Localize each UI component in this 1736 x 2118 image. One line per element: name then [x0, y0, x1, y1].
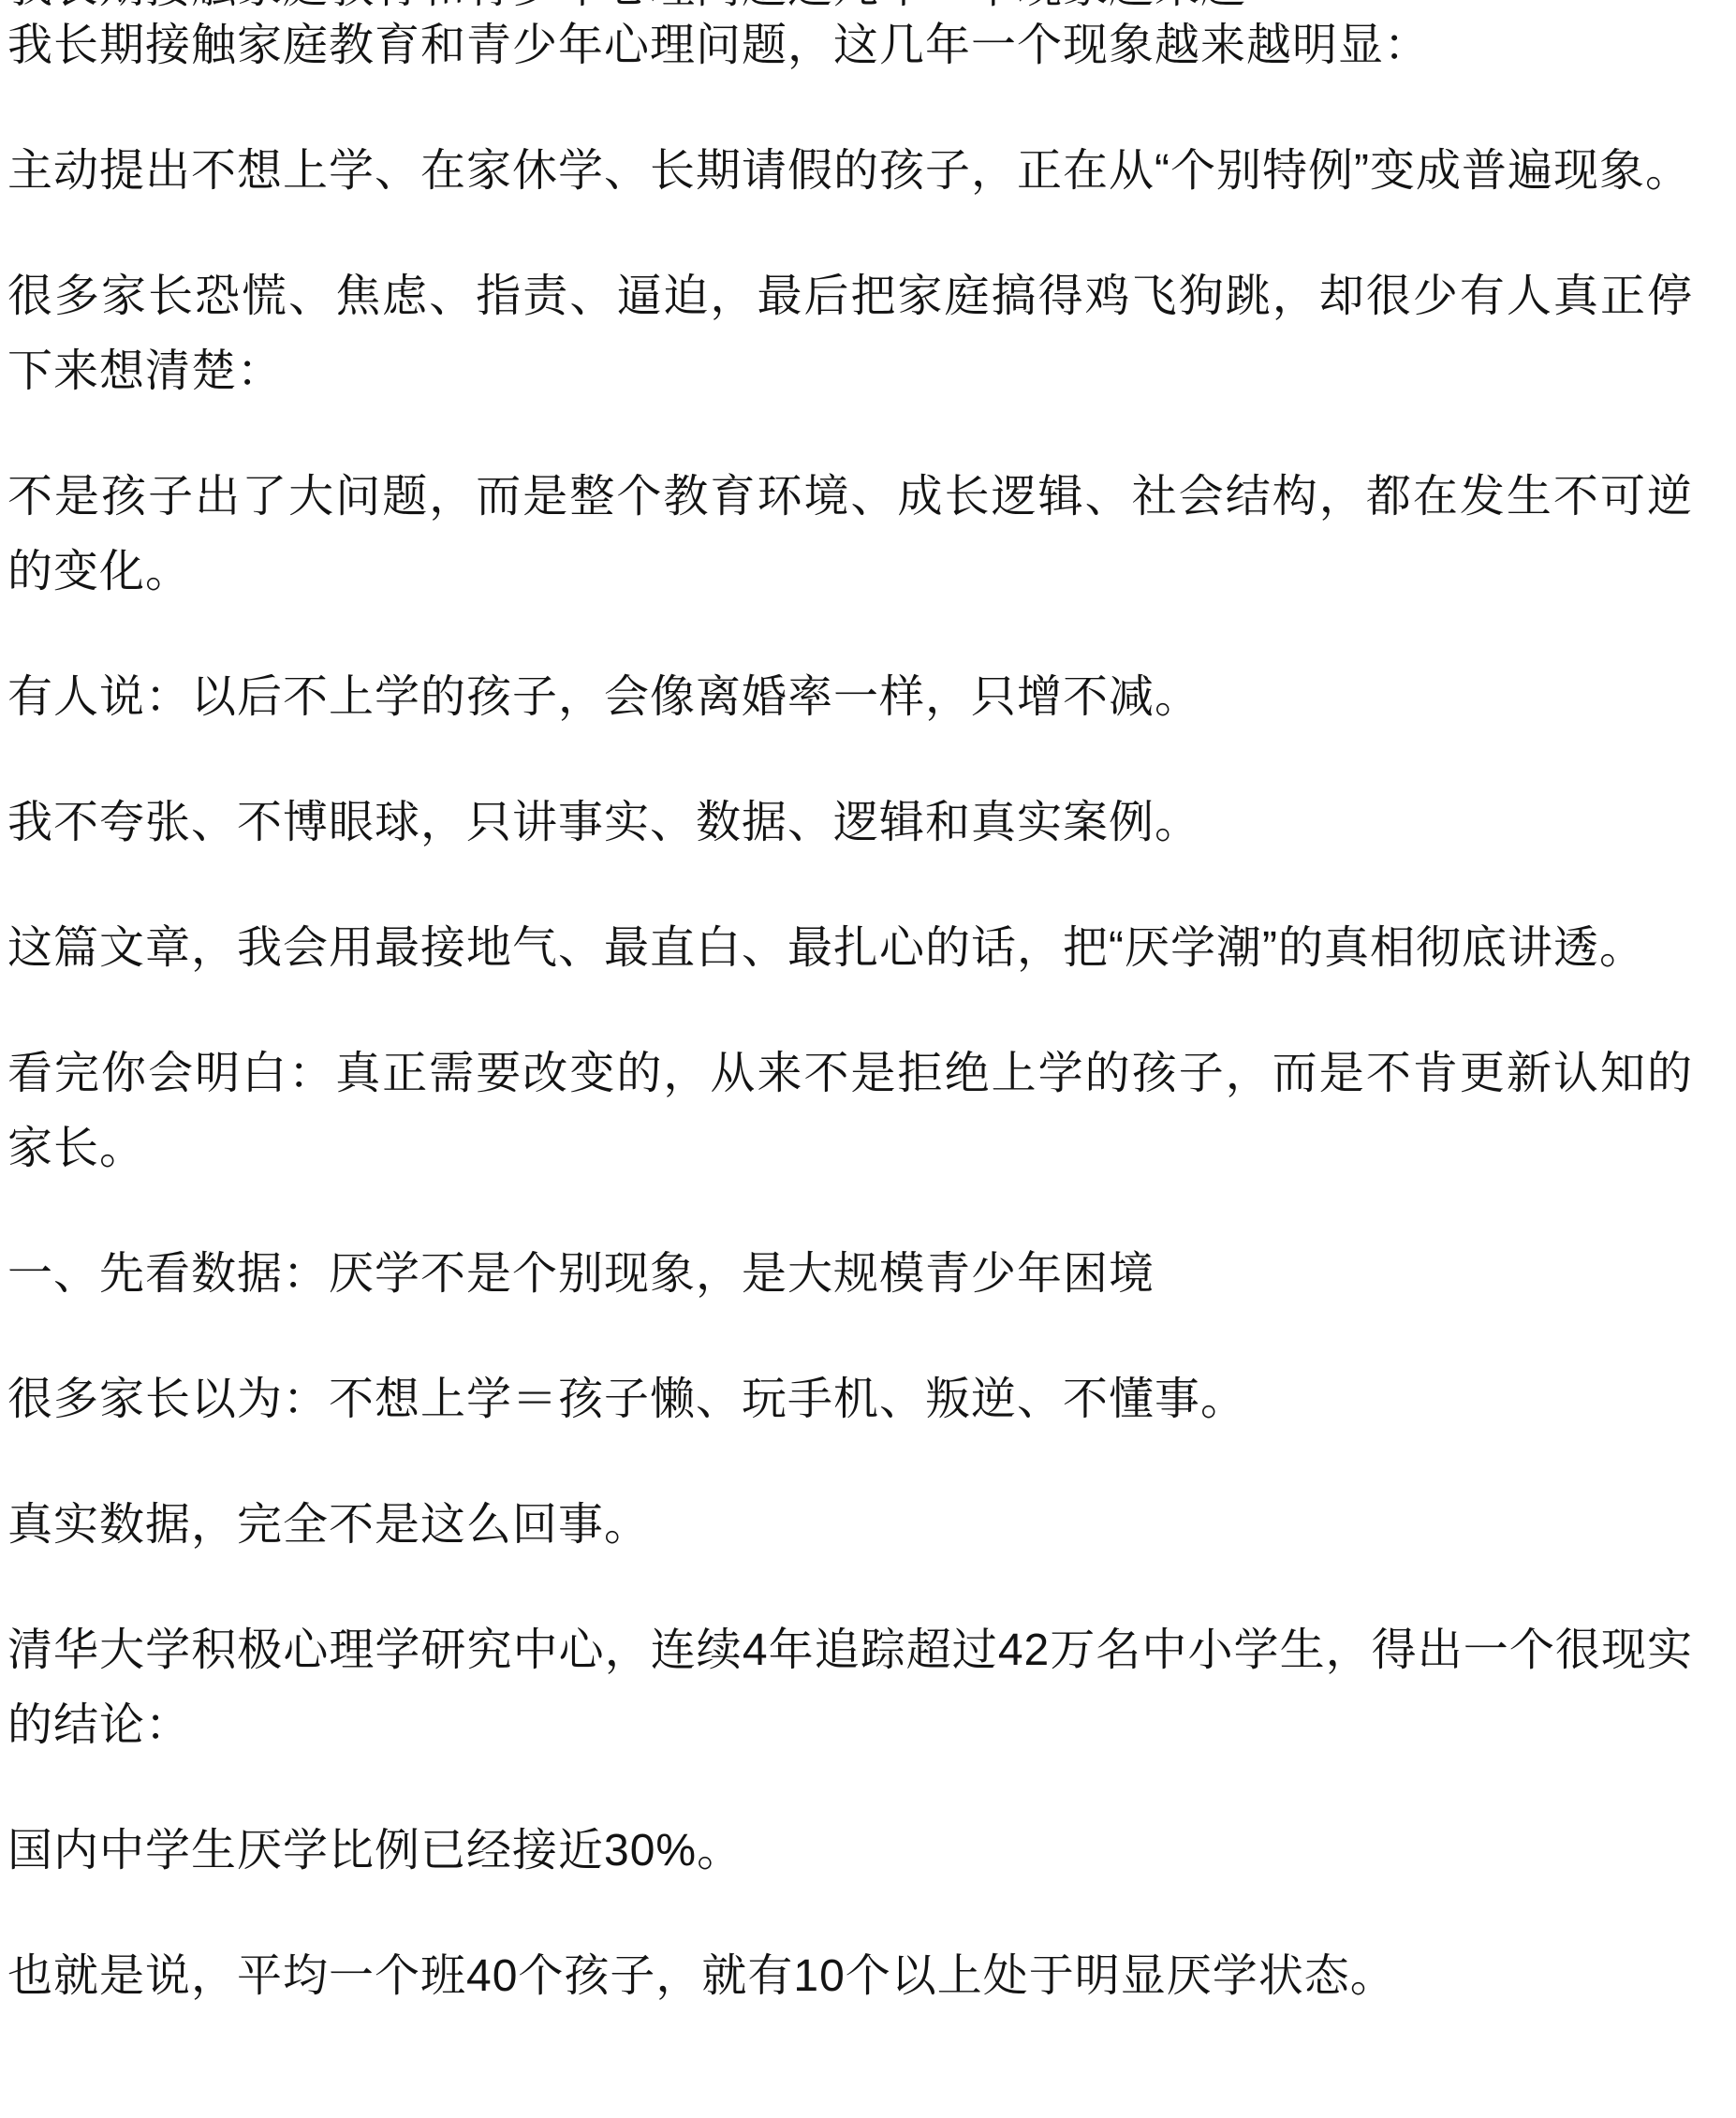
- paragraph-article-purpose: 这篇文章，我会用最接地气、最直白、最扎心的话，把“厌学潮”的真相彻底讲透。: [7, 911, 1693, 986]
- paragraph-irreversible-change: 不是孩子出了大问题，而是整个教育环境、成长逻辑、社会结构，都在发生不可逆的变化。: [7, 460, 1693, 610]
- paragraph-class-of-40: 也就是说，平均一个班40个孩子，就有10个以上处于明显厌学状态。: [7, 1939, 1693, 2014]
- paragraph-30-percent: 国内中学生厌学比例已经接近30%。: [7, 1814, 1693, 1889]
- clipped-line-text: 我长期接触家庭教育和青少年心理问题这几年一个现象越来越: [7, 0, 1693, 8]
- paragraph-tsinghua-study: 清华大学积极心理学研究中心，连续4年追踪超过42万名中小学生，得出一个很现实的结…: [7, 1613, 1693, 1763]
- article-body: 我长期接触家庭教育和青少年心理问题这几年一个现象越来越 我长期接触家庭教育和青少…: [7, 0, 1693, 2065]
- paragraph-intro: 我长期接触家庭教育和青少年心理问题，这几年一个现象越来越明显：: [7, 8, 1693, 83]
- paragraph-parents-panic: 很多家长恐慌、焦虑、指责、逼迫，最后把家庭搞得鸡飞狗跳，却很少有人真正停下来想清…: [7, 259, 1693, 409]
- paragraph-conclusion-preview: 看完你会明白：真正需要改变的，从来不是拒绝上学的孩子，而是不肯更新认知的家长。: [7, 1037, 1693, 1186]
- article-page: 我长期接触家庭教育和青少年心理问题这几年一个现象越来越 我长期接触家庭教育和青少…: [0, 0, 1736, 2118]
- paragraph-no-exaggeration: 我不夸张、不博眼球，只讲事实、数据、逻辑和真实案例。: [7, 786, 1693, 860]
- paragraph-real-data: 真实数据，完全不是这么回事。: [7, 1488, 1693, 1563]
- paragraph-someone-says: 有人说：以后不上学的孩子，会像离婚率一样，只增不减。: [7, 660, 1693, 735]
- section-heading-data: 一、先看数据：厌学不是个别现象，是大规模青少年困境: [7, 1237, 1693, 1312]
- clipped-previous-line: 我长期接触家庭教育和青少年心理问题这几年一个现象越来越: [7, 0, 1693, 8]
- paragraph-phenomenon: 主动提出不想上学、在家休学、长期请假的孩子，正在从“个别特例”变成普遍现象。: [7, 134, 1693, 209]
- paragraph-parents-assumption: 很多家长以为：不想上学＝孩子懒、玩手机、叛逆、不懂事。: [7, 1362, 1693, 1437]
